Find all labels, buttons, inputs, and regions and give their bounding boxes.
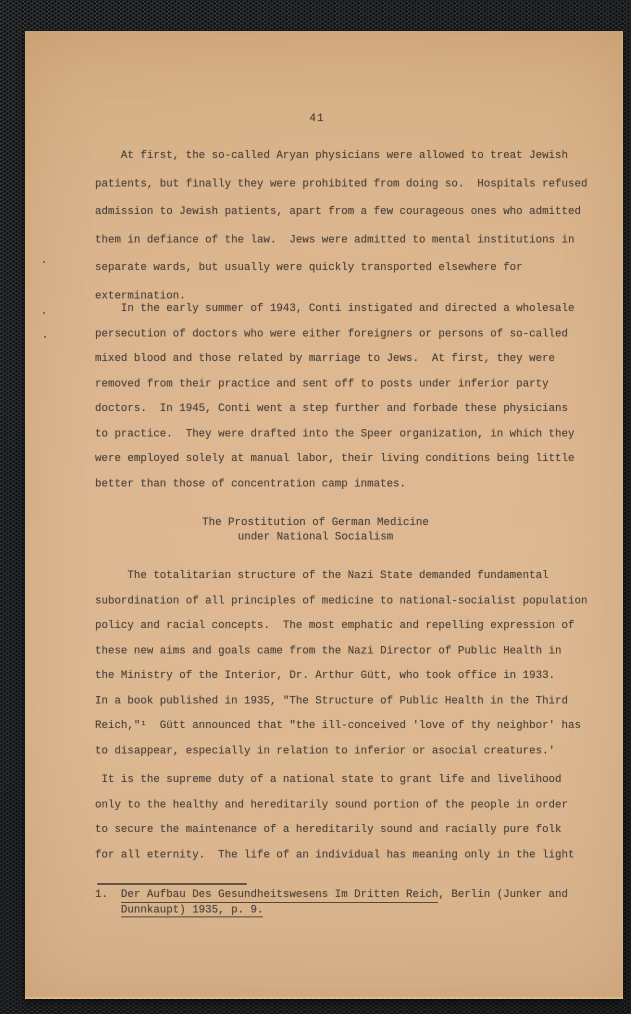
text-line: to practice. They were drafted into the … <box>95 422 598 447</box>
text-segment: , Berlin (Junker and <box>438 889 568 901</box>
text-line: mixed blood and those related by marriag… <box>95 347 598 372</box>
paragraph-conti-persecution: In the early summer of 1943, Conti insti… <box>95 297 598 497</box>
paragraph-totalitarian-structure: The totalitarian structure of the Nazi S… <box>95 564 598 764</box>
text-segment <box>95 904 121 916</box>
text-line: In a book published in 1935, "The Struct… <box>95 689 598 714</box>
document-page: 41 At first, the so-called Aryan physici… <box>25 31 623 999</box>
text-line: 1. Der Aufbau Des Gesundheitswesens Im D… <box>95 888 598 903</box>
text-line: only to the healthy and hereditarily sou… <box>95 793 598 818</box>
text-line: At first, the so-called Aryan physicians… <box>95 142 598 170</box>
text-line: The totalitarian structure of the Nazi S… <box>95 564 598 589</box>
underlined-text: Dunnkaupt) 1935, p. 9. <box>121 904 264 918</box>
text-line: the Ministry of the Interior, Dr. Arthur… <box>95 664 598 689</box>
text-line: to secure the maintenance of a hereditar… <box>95 818 598 843</box>
footnote-citation: 1. Der Aufbau Des Gesundheitswesens Im D… <box>95 888 598 917</box>
text-line: were employed solely at manual labor, th… <box>95 447 598 472</box>
text-line: them in defiance of the law. Jews were a… <box>95 226 598 254</box>
footnote-separator <box>97 883 247 885</box>
ink-speck <box>43 312 45 314</box>
paragraph-gutt-quote: It is the supreme duty of a national sta… <box>95 768 598 868</box>
ink-speck <box>44 336 46 338</box>
text-line: for all eternity. The life of an individ… <box>95 843 598 868</box>
text-line: policy and racial concepts. The most emp… <box>95 614 598 639</box>
text-segment: 1. <box>95 889 121 901</box>
text-line: these new aims and goals came from the N… <box>95 639 598 664</box>
text-line: under National Socialism <box>64 530 567 544</box>
underlined-text: Der Aufbau Des Gesundheitswesens Im Drit… <box>121 889 438 903</box>
scan-background: 41 At first, the so-called Aryan physici… <box>0 0 631 1014</box>
paragraph-aryan-physicians: At first, the so-called Aryan physicians… <box>95 142 598 310</box>
page-number: 41 <box>68 113 566 125</box>
text-line: In the early summer of 1943, Conti insti… <box>95 297 598 322</box>
text-line: subordination of all principles of medic… <box>95 589 598 614</box>
text-line: admission to Jewish patients, apart from… <box>95 198 598 226</box>
text-line: to disappear, especially in relation to … <box>95 739 598 764</box>
ink-speck <box>43 261 45 263</box>
text-line: doctors. In 1945, Conti went a step furt… <box>95 397 598 422</box>
section-heading: The Prostitution of German Medicineunder… <box>64 516 567 544</box>
text-line: separate wards, but usually were quickly… <box>95 254 598 282</box>
text-line: It is the supreme duty of a national sta… <box>95 768 598 793</box>
text-line: removed from their practice and sent off… <box>95 372 598 397</box>
text-line: patients, but finally they were prohibit… <box>95 170 598 198</box>
text-line: Reich,"¹ Gütt announced that "the ill-co… <box>95 714 598 739</box>
text-line: Dunnkaupt) 1935, p. 9. <box>95 903 598 918</box>
text-line: The Prostitution of German Medicine <box>64 516 567 530</box>
text-line: persecution of doctors who were either f… <box>95 322 598 347</box>
text-line: better than those of concentration camp … <box>95 472 598 497</box>
